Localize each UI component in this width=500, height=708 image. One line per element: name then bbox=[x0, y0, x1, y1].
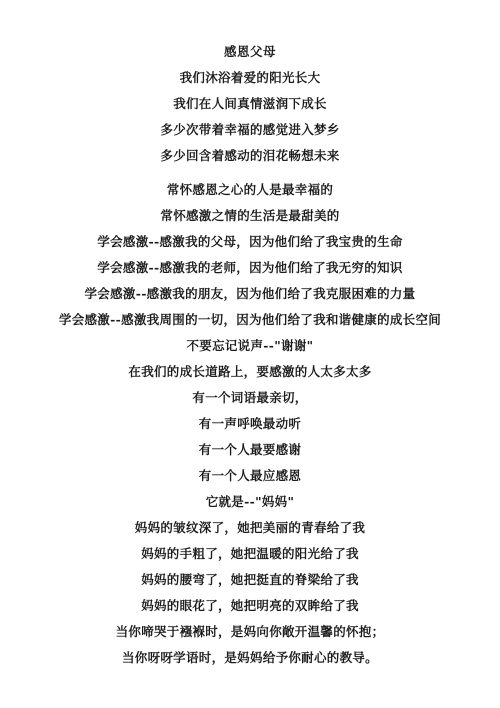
poem-line: 有一声呼唤最动听 bbox=[0, 411, 500, 437]
poem-line: 妈妈的腰弯了，她把挺直的脊梁给了我 bbox=[0, 567, 500, 593]
poem-line: 学会感激--感激我的老师，因为他们给了我无穷的知识 bbox=[0, 255, 500, 281]
document-page: 感恩父母 我们沐浴着爱的阳光长大我们在人间真情滋润下成长多少次带着幸福的感觉进入… bbox=[0, 0, 500, 708]
document-title: 感恩父母 bbox=[0, 39, 500, 65]
poem-line: 当你啼哭于襁褓时，是妈向你敞开温馨的怀抱； bbox=[0, 619, 500, 645]
poem-line: 妈妈的手粗了，她把温暖的阳光给了我 bbox=[0, 541, 500, 567]
poem-line: 有一个词语最亲切， bbox=[0, 385, 500, 411]
poem-line: 多少次带着幸福的感觉进入梦乡 bbox=[0, 117, 500, 143]
poem-line: 有一个人最要感谢 bbox=[0, 437, 500, 463]
poem-line: 当你呀呀学语时，是妈妈给予你耐心的教导。 bbox=[0, 645, 500, 671]
poem-line: 常怀感恩之心的人是最幸福的 bbox=[0, 177, 500, 203]
poem-line: 它就是--"妈妈" bbox=[0, 489, 500, 515]
poem-body: 我们沐浴着爱的阳光长大我们在人间真情滋润下成长多少次带着幸福的感觉进入梦乡多少回… bbox=[0, 65, 500, 671]
poem-line: 常怀感激之情的生活是最甜美的 bbox=[0, 203, 500, 229]
poem-line: 我们在人间真情滋润下成长 bbox=[0, 91, 500, 117]
poem-line: 妈妈的皱纹深了，她把美丽的青春给了我 bbox=[0, 515, 500, 541]
poem-line: 我们沐浴着爱的阳光长大 bbox=[0, 65, 500, 91]
poem-line: 有一个人最应感恩 bbox=[0, 463, 500, 489]
poem-line: 学会感激--感激我的父母，因为他们给了我宝贵的生命 bbox=[0, 229, 500, 255]
poem-line: 学会感激--感激我的朋友，因为他们给了我克服困难的力量 bbox=[0, 281, 500, 307]
poem-line: 多少回含着感动的泪花畅想未来 bbox=[0, 143, 500, 169]
poem-line: 妈妈的眼花了，她把明亮的双眸给了我 bbox=[0, 593, 500, 619]
stanza: 我们沐浴着爱的阳光长大我们在人间真情滋润下成长多少次带着幸福的感觉进入梦乡多少回… bbox=[0, 65, 500, 169]
stanza: 常怀感恩之心的人是最幸福的常怀感激之情的生活是最甜美的学会感激--感激我的父母，… bbox=[0, 177, 500, 671]
poem-line: 在我们的成长道路上，要感激的人太多太多 bbox=[0, 359, 500, 385]
poem-line: 学会感激--感激我周围的一切，因为他们给了我和谐健康的成长空间 bbox=[0, 307, 500, 333]
poem-line: 不要忘记说声--"谢谢" bbox=[0, 333, 500, 359]
